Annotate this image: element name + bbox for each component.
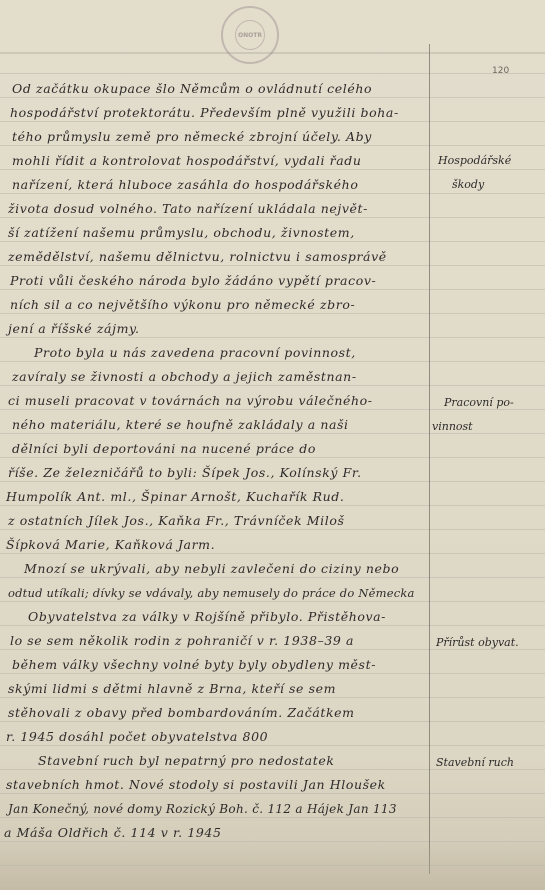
margin-note-population-growth: Přírůst obyvat. <box>436 636 519 649</box>
text-line: ních sil a co největšího výkonu pro něme… <box>10 298 355 312</box>
text-line: a Máša Oldřich č. 114 v r. 1945 <box>4 826 222 840</box>
margin-note-labor-duty: Pracovní po- <box>444 396 514 409</box>
ruling-line <box>0 673 545 674</box>
ruling-line <box>0 313 545 314</box>
ruling-line <box>0 505 545 506</box>
text-line: Humpolík Ant. ml., Špinar Arnošt, Kuchař… <box>6 490 344 504</box>
ruling-line <box>0 337 545 338</box>
text-line: Jan Konečný, nové domy Rozický Boh. č. 1… <box>8 802 397 816</box>
ruling-line <box>0 217 545 218</box>
ruling-line <box>0 529 545 530</box>
ruling-line <box>0 97 545 98</box>
ruling-line <box>0 721 545 722</box>
text-line: Šípková Marie, Kaňková Jarm. <box>6 538 215 552</box>
page-number: 120 <box>492 66 509 76</box>
ruling-line <box>0 817 545 818</box>
text-line: r. 1945 dosáhl počet obyvatelstva 800 <box>6 730 268 744</box>
ruling-line <box>0 361 545 362</box>
ruling-line <box>0 409 545 410</box>
text-line: nařízení, která hluboce zasáhla do hospo… <box>12 178 358 192</box>
ruling-line <box>0 553 545 554</box>
ruling-line <box>0 625 545 626</box>
text-line: skými lidmi s dětmi hlavně z Brna, kteří… <box>8 682 336 696</box>
text-line: zemědělství, našemu dělnictvu, rolnictvu… <box>8 250 387 264</box>
ruling-line <box>0 241 545 242</box>
ruling-line <box>0 265 545 266</box>
ruling-line <box>0 697 545 698</box>
text-line: Obyvatelstva za války v Rojšíně přibylo.… <box>28 610 386 624</box>
ruling-line <box>0 481 545 482</box>
text-line: ného materiálu, které se houfně zakládal… <box>12 418 349 432</box>
margin-note-building-activity: Stavební ruch <box>436 756 514 769</box>
ruling-line <box>0 601 545 602</box>
ruling-line <box>0 145 545 146</box>
ruling-line <box>0 289 545 290</box>
text-line: ci museli pracovat v továrnách na výrobu… <box>8 394 373 408</box>
text-line: během války všechny volné byty byly obyd… <box>12 658 376 672</box>
ruling-line <box>0 745 545 746</box>
text-line: života dosud volného. Tato nařízení uklá… <box>8 202 368 216</box>
ruling-line <box>0 121 545 122</box>
ruling-line <box>0 169 545 170</box>
margin-rule <box>429 44 430 874</box>
text-line: stěhovali z obavy před bombardováním. Za… <box>8 706 355 720</box>
text-line: Mnozí se ukrývali, aby nebyli zavlečeni … <box>24 562 399 576</box>
text-line: mohli řídit a kontrolovat hospodářství, … <box>12 154 362 168</box>
document-page: ONOTR 120 Od začátku okupace šlo Němcům … <box>0 0 545 890</box>
text-line: tého průmyslu země pro německé zbrojní ú… <box>12 130 372 144</box>
archive-stamp: ONOTR <box>221 6 279 64</box>
text-line: hospodářství protektorátu. Především pln… <box>10 106 399 120</box>
ruling-line <box>0 457 545 458</box>
text-line: říše. Ze železničářů to byli: Šípek Jos.… <box>8 466 362 480</box>
margin-note-labor-duty-cont: vinnost <box>432 420 473 433</box>
text-line: Stavební ruch byl nepatrný pro nedostate… <box>38 754 335 768</box>
text-line: Od začátku okupace šlo Němcům o ovládnut… <box>12 82 372 96</box>
text-line: lo se sem několik rodin z pohraničí v r.… <box>10 634 354 648</box>
text-line: stavebních hmot. Nové stodoly si postavi… <box>6 778 386 792</box>
text-line: jení a říšské zájmy. <box>8 322 140 336</box>
text-line: z ostatních Jílek Jos., Kaňka Fr., Trávn… <box>8 514 345 528</box>
margin-note-economic-damage-cont: škody <box>452 178 484 191</box>
stamp-center: ONOTR <box>235 20 265 50</box>
margin-note-economic-damage: Hospodářské <box>438 154 511 167</box>
text-line: zavíraly se živnosti a obchody a jejich … <box>12 370 357 384</box>
ruling-line <box>0 769 545 770</box>
text-line: dělníci byli deportováni na nucené práce… <box>12 442 316 456</box>
page-bottom-shadow <box>0 840 545 890</box>
ruling-line <box>0 649 545 650</box>
text-line: Proto byla u nás zavedena pracovní povin… <box>34 346 356 360</box>
ruling-line <box>0 385 545 386</box>
ruling-line <box>0 577 545 578</box>
ruling-line <box>0 193 545 194</box>
ruling-line <box>0 433 545 434</box>
text-line: odtud utíkali; dívky se vdávaly, aby nem… <box>8 586 415 600</box>
ruling-line <box>0 793 545 794</box>
text-line: Proti vůli českého národa bylo žádáno vy… <box>10 274 376 288</box>
text-line: ší zatížení našemu průmyslu, obchodu, ži… <box>8 226 355 240</box>
ruling-line <box>0 73 545 74</box>
